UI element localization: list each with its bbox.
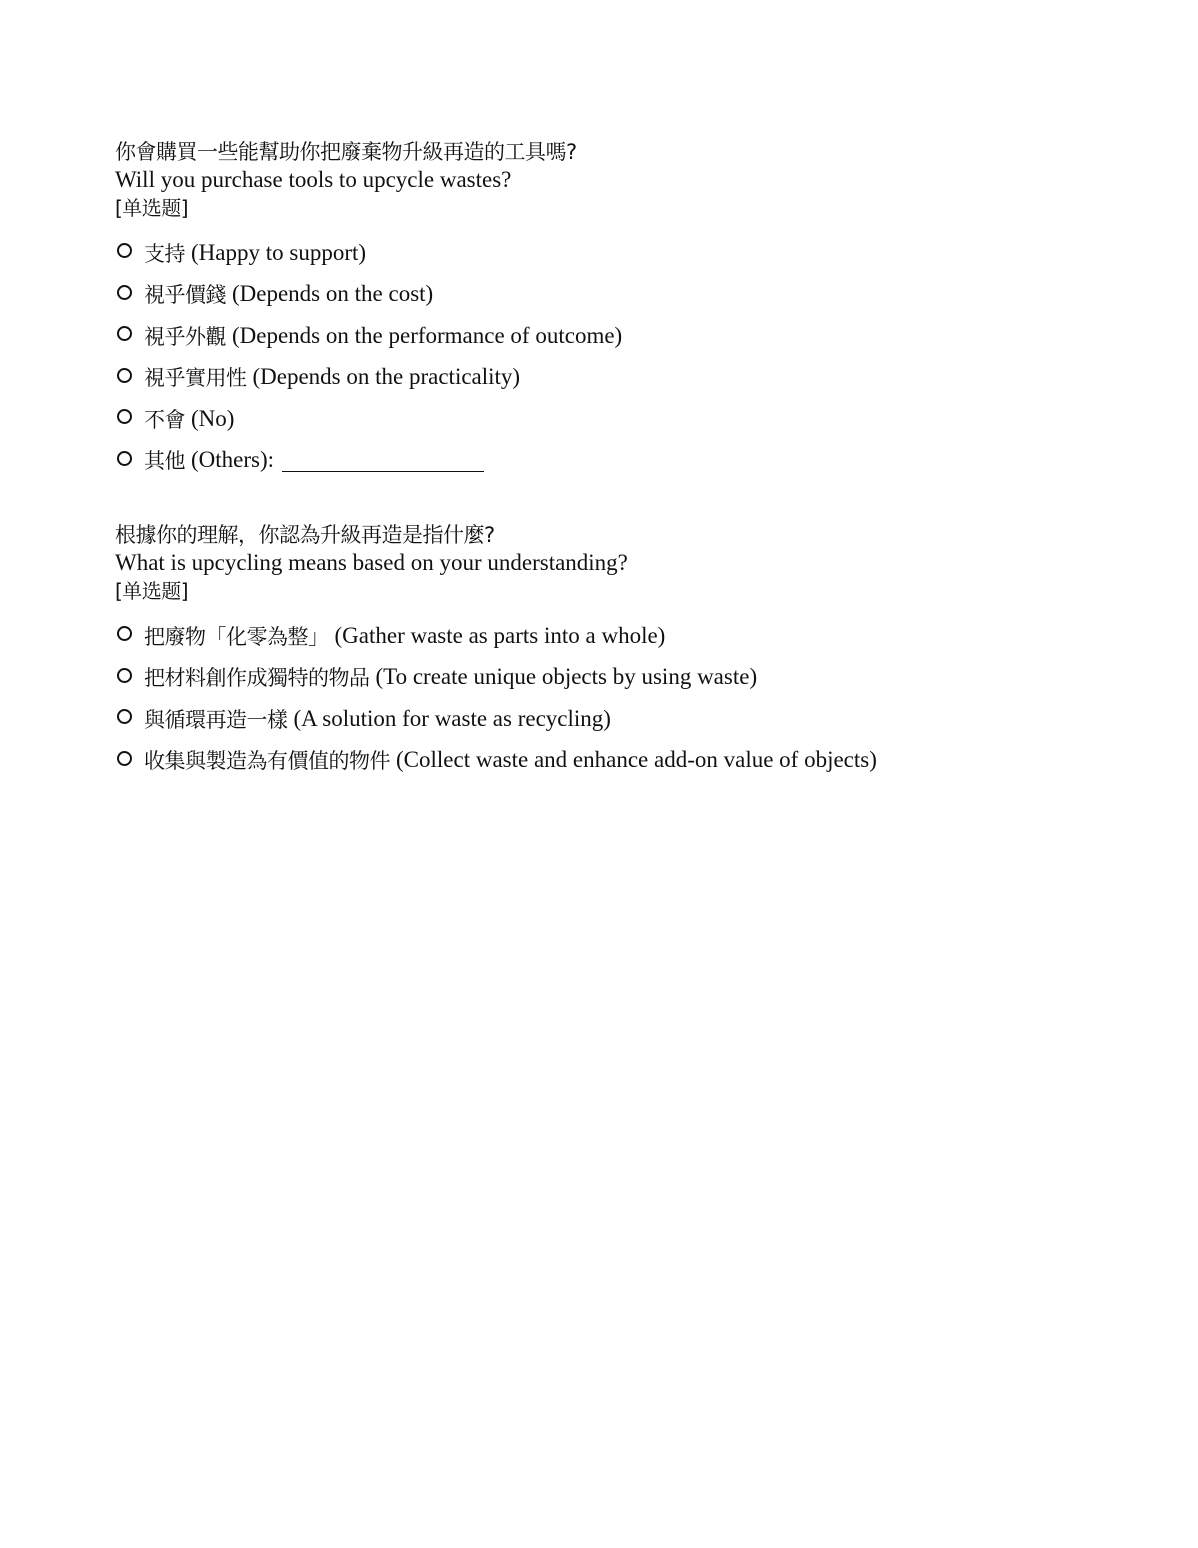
option-label-zh: 收集與製造為有價值的物件 bbox=[144, 745, 390, 775]
option-no[interactable]: 不會 (No) bbox=[115, 398, 1115, 440]
radio-circle-icon[interactable] bbox=[117, 326, 132, 341]
option-depends-on-outcome[interactable]: 視乎外觀 (Depends on the performance of outc… bbox=[115, 315, 1115, 357]
question-purchase-tools: 你會購買一些能幫助你把廢棄物升級再造的工具嗎? Will you purchas… bbox=[115, 138, 1115, 481]
option-label-en: (No) bbox=[191, 406, 234, 432]
option-label-en: (Depends on the practicality) bbox=[253, 364, 521, 390]
option-label-en: (Gather waste as parts into a whole) bbox=[335, 623, 666, 649]
option-label-zh: 不會 bbox=[144, 404, 185, 434]
radio-circle-icon[interactable] bbox=[117, 243, 132, 258]
option-label-zh: 把材料創作成獨特的物品 bbox=[144, 662, 370, 692]
option-label-zh: 支持 bbox=[144, 238, 185, 268]
others-fill-in-blank[interactable] bbox=[282, 449, 484, 472]
question-title-zh: 根據你的理解，你認為升級再造是指什麼? bbox=[115, 521, 1115, 549]
option-label-zh: 與循環再造一樣 bbox=[144, 704, 288, 734]
question-type-label: [单选题] bbox=[115, 194, 1115, 222]
option-label-en: (Depends on the cost) bbox=[232, 281, 433, 307]
option-gather-waste[interactable]: 把廢物「化零為整」 (Gather waste as parts into a … bbox=[115, 615, 1115, 657]
question-title-en: Will you purchase tools to upcycle waste… bbox=[115, 166, 1115, 194]
question-title-en: What is upcycling means based on your un… bbox=[115, 549, 1115, 577]
question-upcycling-meaning: 根據你的理解，你認為升級再造是指什麼? What is upcycling me… bbox=[115, 521, 1115, 781]
option-create-unique-objects[interactable]: 把材料創作成獨特的物品 (To create unique objects by… bbox=[115, 657, 1115, 699]
option-label-zh: 視乎價錢 bbox=[144, 279, 226, 309]
options-list: 支持 (Happy to support) 視乎價錢 (Depends on t… bbox=[115, 232, 1115, 481]
survey-page: 你會購買一些能幫助你把廢棄物升級再造的工具嗎? Will you purchas… bbox=[115, 138, 1115, 821]
radio-circle-icon[interactable] bbox=[117, 285, 132, 300]
option-label-en: (Collect waste and enhance add-on value … bbox=[396, 747, 877, 773]
option-label-zh: 其他 bbox=[144, 445, 185, 475]
radio-circle-icon[interactable] bbox=[117, 626, 132, 641]
option-others[interactable]: 其他 (Others): bbox=[115, 440, 1115, 482]
options-list: 把廢物「化零為整」 (Gather waste as parts into a … bbox=[115, 615, 1115, 781]
radio-circle-icon[interactable] bbox=[117, 668, 132, 683]
question-type-text: [单选题] bbox=[115, 579, 188, 603]
radio-circle-icon[interactable] bbox=[117, 751, 132, 766]
radio-circle-icon[interactable] bbox=[117, 709, 132, 724]
option-label-zh: 視乎外觀 bbox=[144, 321, 226, 351]
radio-circle-icon[interactable] bbox=[117, 409, 132, 424]
option-label-en: (Depends on the performance of outcome) bbox=[232, 323, 622, 349]
radio-circle-icon[interactable] bbox=[117, 368, 132, 383]
option-depends-on-practicality[interactable]: 視乎實用性 (Depends on the practicality) bbox=[115, 357, 1115, 399]
option-label-en: (Others): bbox=[191, 447, 274, 473]
question-type-label: [单选题] bbox=[115, 577, 1115, 605]
radio-circle-icon[interactable] bbox=[117, 451, 132, 466]
question-type-text: [单选题] bbox=[115, 196, 188, 220]
option-label-zh: 視乎實用性 bbox=[144, 362, 247, 392]
question-title-zh: 你會購買一些能幫助你把廢棄物升級再造的工具嗎? bbox=[115, 138, 1115, 166]
option-enhance-value[interactable]: 收集與製造為有價值的物件 (Collect waste and enhance … bbox=[115, 740, 1115, 782]
option-label-zh: 把廢物「化零為整」 bbox=[144, 621, 329, 651]
option-label-en: (Happy to support) bbox=[191, 240, 366, 266]
option-depends-on-cost[interactable]: 視乎價錢 (Depends on the cost) bbox=[115, 274, 1115, 316]
option-happy-to-support[interactable]: 支持 (Happy to support) bbox=[115, 232, 1115, 274]
option-label-en: (A solution for waste as recycling) bbox=[294, 706, 611, 732]
option-label-en: (To create unique objects by using waste… bbox=[376, 664, 758, 690]
option-same-as-recycling[interactable]: 與循環再造一樣 (A solution for waste as recycli… bbox=[115, 698, 1115, 740]
